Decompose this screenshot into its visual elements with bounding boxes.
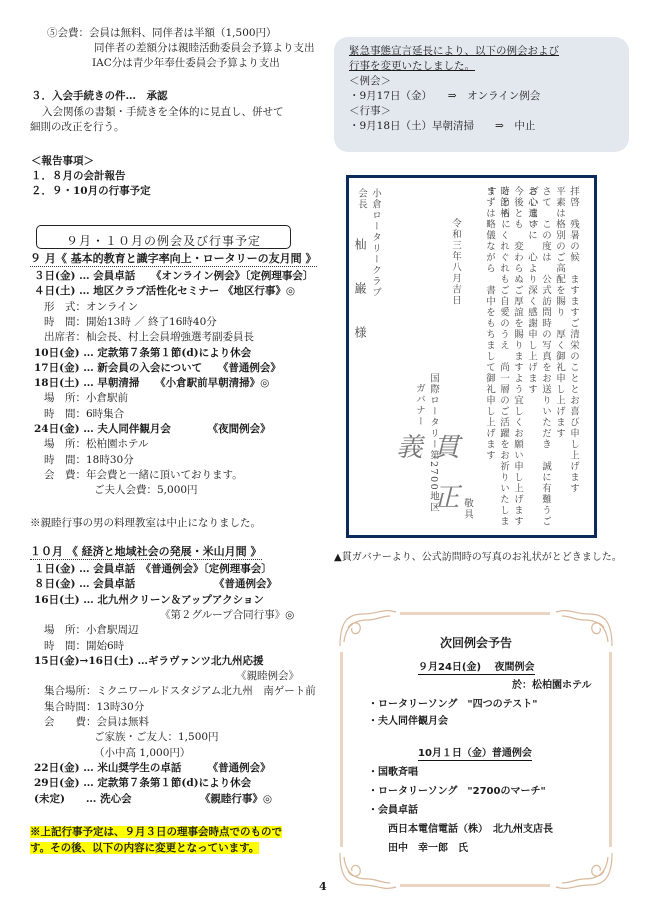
notice-event-label: ＜行事＞ [349,104,614,119]
september-heading: ９ 月《 基本的教育と識字率向上・ロータリーの友月間 》 [30,252,317,267]
letter-recipient-title: 会長 [355,188,368,210]
schedule-row: 22日(金) … 米山奨学生の卓話 《普通例会》 [34,761,271,775]
highlight-note-line-1: ※上記行事予定は、９月３日の理事会時点でのもので [30,826,282,838]
meeting1-item-1: ・ロータリーソング "四つのテスト" [368,695,537,710]
october-heading: １０月 《 経済と地域社会の発展・米山月間 》 [30,545,262,560]
next-meeting-title: 次回例会予告 [338,634,614,651]
report-title: ＜報告事項＞ [31,154,94,168]
meeting2-item-1: ・国歌斉唱 [368,763,418,778]
letter-caption: ▲貫ガバナーより、公式訪問時の写真のお礼状がとどきました。 [334,548,622,563]
frame-right-edge [609,652,612,847]
schedule-row: 29日(金) … 定款第７条第１節(d)により休会 [34,776,251,790]
schedule-row: 10日(金) … 定款第７条第１節(d)により休会 [34,346,251,360]
schedule-row: 集合場所：ミクニワールドスタジアム北九州 南ゲート前 [44,684,316,698]
meeting2-date: 10月１日（金）普通例会 [418,744,532,761]
schedule-row: 18日(土) … 早朝清掃 《小倉駅前早朝清掃》◎ [34,376,269,390]
frame-bottom-edge [400,884,550,887]
schedule-row: （小中高 1,000円） [94,746,190,760]
notice-title-1: 緊急事態宣言延長により、以下の例会および [349,44,614,59]
notice-title-2: 行事を変更いたしました。 [349,59,614,74]
schedule-row: 場 所：小倉駅周辺 [44,623,139,637]
notice-meeting-label: ＜例会＞ [349,74,614,89]
schedule-row: 24日(金) … 夫人同伴観月会 《夜間例会》 [34,422,271,436]
letter-line-2: 平素は格別のご高配を賜り 厚く御礼申し上げます [553,186,566,531]
schedule-row: (未定) … 洗心会 《親睦行事》◎ [34,792,272,806]
letter-date: 令和三年八月吉日 [449,218,462,306]
fee-line-3: IAC分は青少年奉仕委員会予算より支出 [92,56,280,70]
letter-sender-title: ガバナー [413,383,426,427]
ornament-corner-icon [554,853,614,893]
frame-left-edge [340,652,343,847]
meeting2-item-2: ・ロータリーソング "2700のマーチ" [368,782,546,797]
schedule-row: 場 所：松柏園ホテル [44,437,148,451]
schedule-row: 時 間：開始13時 ／ 終了16時40分 [44,315,217,329]
schedule-row: ご家族・ご友人：1,500円 [94,730,219,744]
schedule-heading-box: ９月・１０月の例会及び行事予定 [36,225,291,249]
schedule-row: 集合時間：13時30分 [44,700,144,714]
frame-top-edge [400,612,550,615]
meeting1-item-2: ・夫人同伴観月会 [368,712,448,727]
schedule-row: ８日(金) … 会員卓話 《普通例会》 [34,577,277,591]
meeting2-speaker-name: 田中 幸一郎 氏 [388,839,468,854]
meeting2-speaker-org: 西日本電信電話（株） 北九州支店長 [388,820,553,835]
schedule-row: 会 費：会員は無料 [44,715,149,729]
next-meeting-frame: 次回例会予告 ９月24日(金) 夜間例会 於：松柏園ホテル ・ロータリーソング … [338,612,614,887]
report-item-1: １．８月の会計報告 [31,169,126,183]
schedule-row: １日(金) … 会員卓話 《普通例会》〔定例理事会〕 [34,562,272,576]
september-note: ※親睦行事の男の料理教室は中止になりました。 [30,516,261,530]
notice-event-item: ・9月18日（土）早朝清掃 ⇒ 中止 [349,119,614,134]
letter-recipient-org: 小倉ロータリークラブ [369,188,382,298]
schedule-row: 《第２グループ合同行事》◎ [160,608,294,622]
schedule-row: 場 所：小倉駅前 [44,391,128,405]
schedule-row: 16日(土) … 北九州クリーン＆アップアクション [34,593,264,607]
meeting1-date: ９月24日(金) 夜間例会 [418,658,535,675]
schedule-row: 時 間：18時30分 [44,453,134,467]
schedule-row: 時 間：開始6時 [44,639,124,653]
schedule-row: ３日(金) … 会員卓話 《オンライン例会》〔定例理事会〕 [34,269,313,283]
meeting2-item-3: ・会員卓話 [368,801,418,816]
fee-line-2: 同伴者の差額分は親睦活動委員会予算より支出 [94,41,315,55]
schedule-row: ４日(土) … 地区クラブ活性化セミナー 《地区行事》◎ [34,284,295,298]
schedule-row: 会 費：年会費と一緒に頂いております。 [44,468,243,482]
item3-body-1: 入会関係の書類・手続きを全体的に見直し、併せて [42,105,284,119]
thank-you-letter-image: 拝啓 残暑の候 ますますご清栄のこととお喜び申し上げます 平素は格別のご高配を賜… [346,175,597,538]
schedule-row: 17日(金) … 新会員の入会について 《普通例会》 [34,361,281,375]
fee-line-1: ⑤会費：会員は無料、同伴者は半額（1,500円） [47,26,277,40]
report-item-2: ２．９・10月の行事予定 [31,184,151,198]
notice-meeting-item: ・9月17日（金） ⇒ オンライン例会 [349,89,614,104]
schedule-row: 15日(金)→16日(土) …ギラヴァンツ北九州応援 [34,654,263,668]
letter-recipient-name: 杣 巌 様 [353,238,366,348]
schedule-row: 出席者：杣会長、村上会員増強選考副委員長 [44,330,254,344]
meeting1-venue: 於：松柏園ホテル [512,676,592,691]
letter-signature: 貫 正義 [389,433,463,535]
schedule-row: 時 間：6時集合 [44,407,124,421]
highlight-note-line-2: す。その後、以下の内容に変更となっています。 [30,842,259,854]
letter-line-4: お心遣いに 心より深く感謝申し上げます [525,186,538,531]
schedule-row: ご夫人会費：5,000円 [94,483,198,497]
letter-line-7: まずは略儀ながら 書中をもちまして御礼申し上げます [483,186,496,531]
item3-body-2: 細則の改正を行う。 [30,120,125,134]
letter-line-1: 拝啓 残暑の候 ますますご清栄のこととお喜び申し上げます [567,186,580,531]
schedule-heading: ９月・１０月の例会及び行事予定 [66,234,261,248]
schedule-row: 形 式：オンライン [44,300,138,314]
ornament-corner-icon [338,853,398,893]
page-number: 4 [319,880,327,893]
change-notice-box: 緊急事態宣言延長により、以下の例会および 行事を変更いたしました。 ＜例会＞ ・… [334,37,629,152]
schedule-row: 《親睦例会》 [236,669,299,683]
item3-title: ３．入会手続きの件… 承認 [31,89,168,103]
